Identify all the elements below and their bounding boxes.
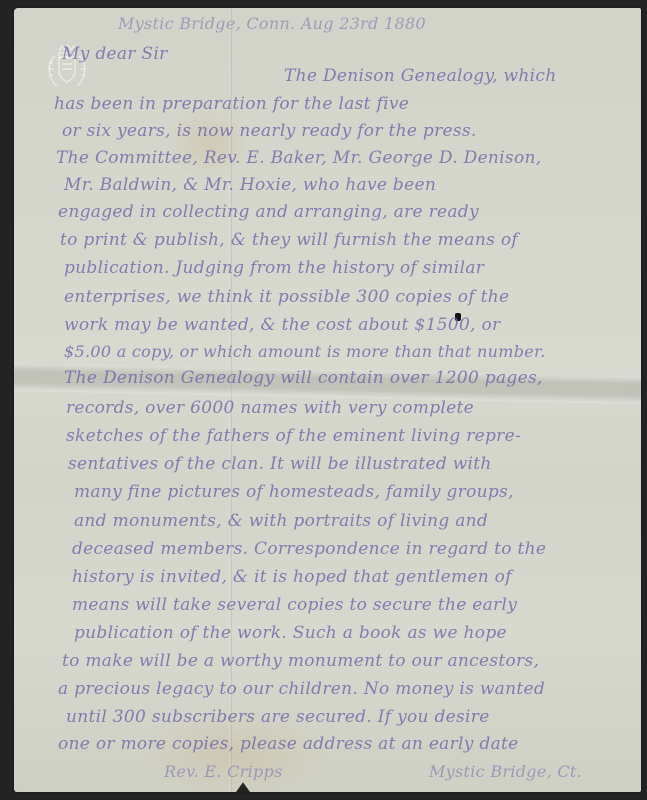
body-line: engaged in collecting and arranging, are… [58, 202, 479, 222]
body-line: The Committee, Rev. E. Baker, Mr. George… [56, 148, 541, 168]
dateline: Mystic Bridge, Conn. Aug 23rd 1880 [118, 14, 426, 33]
letter-text: Mystic Bridge, Conn. Aug 23rd 1880 My de… [14, 8, 641, 792]
letter-paper: Mystic Bridge, Conn. Aug 23rd 1880 My de… [14, 8, 641, 792]
body-line: Mr. Baldwin, & Mr. Hoxie, who have been [64, 175, 436, 195]
closing: Rev. E. Cripps [164, 762, 283, 781]
body-line: deceased members. Correspondence in rega… [72, 539, 546, 559]
body-line: has been in preparation for the last fiv… [54, 94, 409, 114]
signature: Mystic Bridge, Ct. [429, 762, 582, 781]
body-line: The Denison Genealogy, which [284, 66, 556, 86]
body-line: The Denison Genealogy will contain over … [64, 368, 543, 388]
body-line: $5.00 a copy, or which amount is more th… [64, 342, 546, 361]
body-line: publication. Judging from the history of… [64, 258, 484, 278]
body-line: work may be wanted, & the cost about $15… [64, 315, 500, 335]
body-line: sentatives of the clan. It will be illus… [68, 454, 492, 474]
body-line: one or more copies, please address at an… [58, 734, 519, 754]
body-line: many fine pictures of homesteads, family… [74, 482, 514, 502]
body-line: a precious legacy to our children. No mo… [58, 679, 545, 699]
body-line: or six years, is now nearly ready for th… [62, 121, 477, 141]
body-line: and monuments, & with portraits of livin… [74, 511, 488, 531]
salutation: My dear Sir [62, 44, 168, 64]
body-line: records, over 6000 names with very compl… [66, 398, 474, 418]
body-line: to make will be a worthy monument to our… [62, 651, 539, 671]
body-line: enterprises, we think it possible 300 co… [64, 287, 509, 307]
body-line: sketches of the fathers of the eminent l… [66, 426, 521, 446]
body-line: history is invited, & it is hoped that g… [72, 567, 512, 587]
body-line: until 300 subscribers are secured. If yo… [66, 707, 490, 727]
body-line: publication of the work. Such a book as … [74, 623, 507, 643]
body-line: to print & publish, & they will furnish … [60, 230, 518, 250]
body-line: means will take several copies to secure… [72, 595, 517, 615]
